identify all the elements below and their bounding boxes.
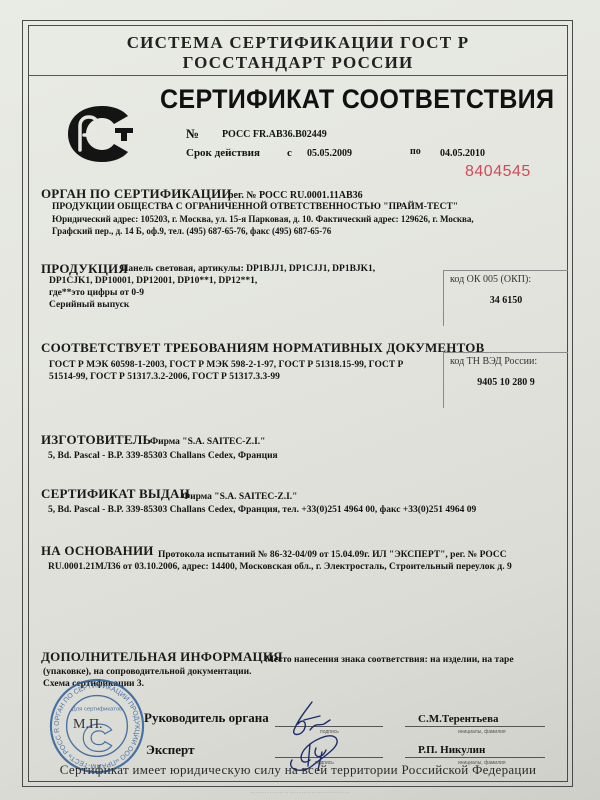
expert-label: Эксперт	[146, 742, 194, 758]
basis-line1: Протокола испытаний № 86-32-04/09 от 15.…	[158, 550, 507, 562]
certification-body-address-line2: Графский пер., д. 14 Б, оф.9, тел. (495)…	[52, 226, 331, 238]
issued-to-heading: СЕРТИФИКАТ ВЫДАН	[41, 486, 190, 502]
system-title-line1: СИСТЕМА СЕРТИФИКАЦИИ ГОСТ Р	[28, 32, 568, 53]
additional-info-heading: ДОПОЛНИТЕЛЬНАЯ ИНФОРМАЦИЯ	[41, 649, 283, 665]
compliance-heading: СООТВЕТСТВУЕТ ТРЕБОВАНИЯМ НОРМАТИВНЫХ ДО…	[41, 340, 484, 356]
product-line3: где**это цифры от 0-9	[49, 288, 144, 300]
tnved-code-box: код ТН ВЭД России: 9405 10 280 9	[443, 352, 568, 408]
product-heading: ПРОДУКЦИЯ	[41, 261, 128, 277]
compliance-line2: 51514-99, ГОСТ Р 51317.3.2-2006, ГОСТ Р …	[49, 372, 280, 384]
expert-name-line	[405, 757, 545, 758]
issued-to-address: 5, Bd. Pascal - B.P. 339-85303 Challans …	[48, 505, 476, 517]
seal-label: М.П.	[73, 717, 103, 733]
basis-heading: НА ОСНОВАНИИ	[41, 543, 154, 559]
basis-line2: RU.0001.21МЛ36 от 03.10.2006, адрес: 144…	[48, 562, 512, 574]
certification-body-reg: рег. № РОСС RU.0001.11AB36	[228, 190, 363, 201]
certification-body-heading: ОРГАН ПО СЕРТИФИКАЦИИ	[41, 186, 232, 202]
header-divider	[28, 75, 568, 76]
printer-imprint: · · · · · · · · · · · · · · · · · · · · …	[0, 790, 600, 795]
product-line4: Серийный выпуск	[49, 300, 129, 312]
gost-r-pct-mark-icon	[66, 104, 136, 164]
certificate-title: СЕРТИФИКАТ СООТВЕТСТВИЯ	[160, 84, 554, 115]
valid-from-date: 05.05.2009	[307, 148, 352, 159]
head-name-caption: инициалы, фамилия	[458, 729, 506, 735]
head-name: С.М.Терентьева	[418, 713, 499, 725]
okp-code-box: код ОК 005 (ОКП): 34 6150	[443, 270, 568, 326]
number-label: №	[186, 126, 199, 142]
additional-info-line1: Место нанесения знака соответствия: на и…	[265, 655, 514, 667]
product-line1: Панель световая, артикулы: DP1BJJ1, DP1C…	[121, 264, 375, 276]
validity-label: Срок действия	[186, 147, 260, 159]
manufacturer-heading: ИЗГОТОВИТЕЛЬ	[41, 432, 151, 448]
head-name-line	[405, 726, 545, 727]
certification-body-address-line1: Юридический адрес: 105203, г. Москва, ул…	[52, 214, 474, 226]
okp-code-value: 34 6150	[444, 295, 568, 306]
expert-name: Р.П. Никулин	[418, 744, 485, 756]
okp-code-label: код ОК 005 (ОКП):	[450, 274, 531, 285]
manufacturer-address: 5, Bd. Pascal - B.P. 339-85303 Challans …	[48, 451, 278, 463]
serial-number: 8404545	[465, 163, 531, 181]
valid-to-date: 04.05.2010	[440, 148, 485, 159]
compliance-line1: ГОСТ Р МЭК 60598-1-2003, ГОСТ Р МЭК 598-…	[49, 360, 403, 372]
certificate-number: РОСС FR.AB36.B02449	[222, 129, 327, 140]
tnved-code-label: код ТН ВЭД России:	[450, 356, 537, 367]
manufacturer-name: Фирма "S.A. SAITEC-Z.I."	[150, 437, 265, 449]
product-line2: DP1CJK1, DP10001, DP12001, DP10**1, DP12…	[49, 276, 257, 288]
issued-to-name: Фирма "S.A. SAITEC-Z.I."	[182, 492, 297, 504]
system-title-line2: ГОССТАНДАРТ РОССИИ	[28, 52, 568, 73]
legal-force-statement: Сертификат имеет юридическую силу на все…	[28, 762, 568, 778]
tnved-code-value: 9405 10 280 9	[444, 377, 568, 388]
stamp-center-text: Для сертификатов	[72, 706, 123, 712]
validity-to-label: по	[410, 146, 421, 157]
validity-from-label: с	[287, 147, 292, 159]
certification-body-name: ПРОДУКЦИИ ОБЩЕСТВА С ОГРАНИЧЕННОЙ ОТВЕТС…	[52, 202, 458, 214]
head-of-body-label: Руководитель органа	[144, 710, 269, 726]
